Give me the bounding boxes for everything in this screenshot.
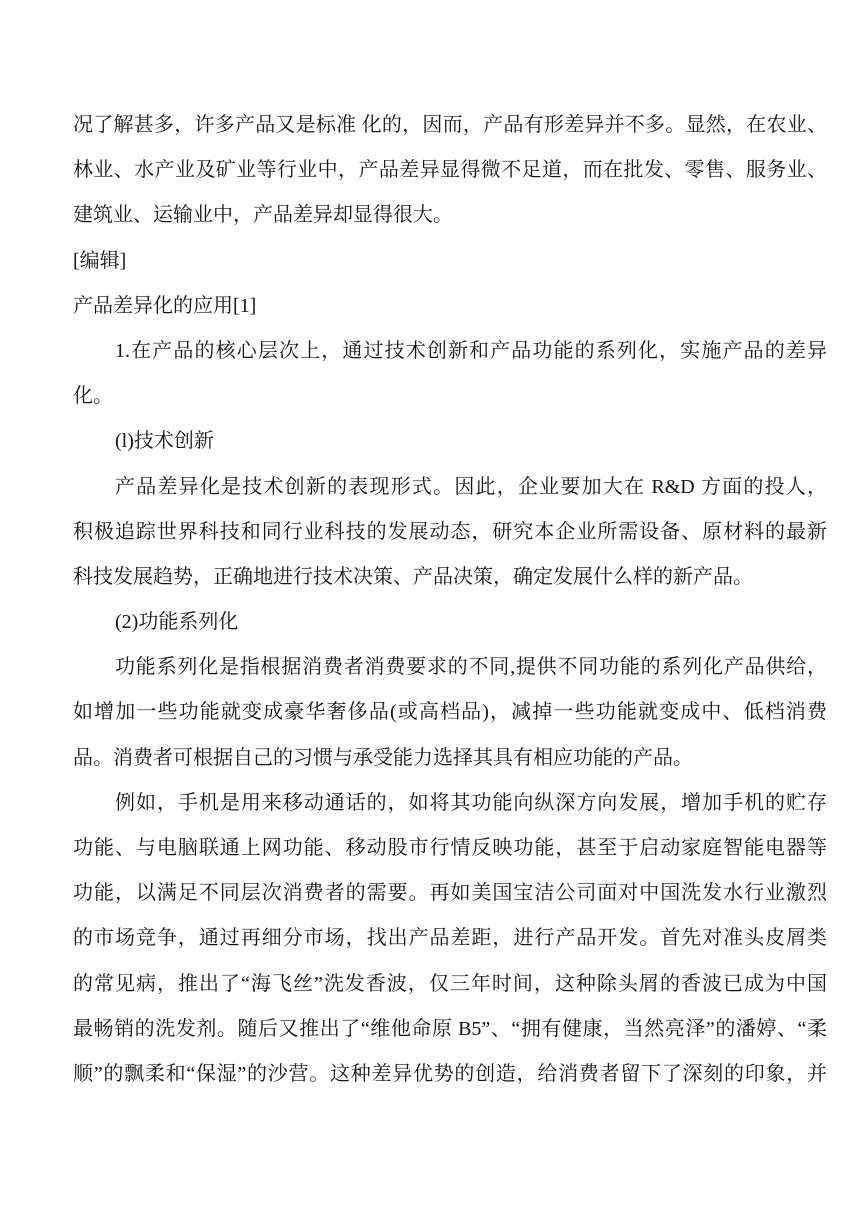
text-line: 建筑业、运输业中，产品差异却显得很大。	[73, 193, 827, 238]
text-line: 功能，以满足不同层次消费者的需要。再如美国宝洁公司面对中国洗发水行业激烈	[73, 871, 827, 916]
text-line: 的市场竞争，通过再细分市场，找出产品差距，进行产品开发。首先对准头皮屑类	[73, 916, 827, 961]
text-line: 产品差异化是技术创新的表现形式。因此，企业要加大在 R&D 方面的投人，	[73, 465, 827, 510]
text-line: 况了解甚多，许多产品又是标准 化的，因而，产品有形差异并不多。显然，在农业、	[73, 103, 827, 148]
text-line: 林业、水产业及矿业等行业中，产品差异显得微不足道，而在批发、零售、服务业、	[73, 148, 827, 193]
text-line: 功能、与电脑联通上网功能、移动股市行情反映功能，甚至于启动家庭智能电器等	[73, 826, 827, 871]
text-line: 品。消费者可根据自己的习惯与承受能力选择其具有相应功能的产品。	[73, 736, 827, 781]
text-line: 例如，手机是用来移动通话的，如将其功能向纵深方向发展，增加手机的贮存	[73, 781, 827, 826]
text-line: 化。	[73, 374, 827, 419]
text-line: 1.在产品的核心层次上，通过技术创新和产品功能的系列化，实施产品的差异	[73, 329, 827, 374]
text-flow: 况了解甚多，许多产品又是标准 化的，因而，产品有形差异并不多。显然，在农业、林业…	[73, 103, 827, 1097]
document-page: 况了解甚多，许多产品又是标准 化的，因而，产品有形差异并不多。显然，在农业、林业…	[0, 0, 860, 1216]
text-line: (l)技术创新	[73, 419, 827, 464]
text-line: (2)功能系列化	[73, 600, 827, 645]
text-line: 如增加一些功能就变成豪华奢侈品(或高档品)，减掉一些功能就变成中、低档消费	[73, 690, 827, 735]
text-line: 产品差异化的应用[1]	[73, 284, 827, 329]
text-line: 顺”的飘柔和“保湿”的沙营。这种差异优势的创造，给消费者留下了深刻的印象，并	[73, 1052, 827, 1097]
text-line: 科技发展趋势，正确地进行技术决策、产品决策，确定发展什么样的新产品。	[73, 555, 827, 600]
text-line: 最畅销的洗发剂。随后又推出了“维他命原 B5”、“拥有健康，当然亮泽”的潘婷、“…	[73, 1007, 827, 1052]
text-line: 的常见病，推出了“海飞丝”洗发香波，仅三年时间，这种除头屑的香波已成为中国	[73, 962, 827, 1007]
text-line: 积极追踪世界科技和同行业科技的发展动态，研究本企业所需设备、原材料的最新	[73, 510, 827, 555]
text-line: [编辑]	[73, 239, 827, 284]
text-line: 功能系列化是指根据消费者消费要求的不同,提供不同功能的系列化产品供给，	[73, 645, 827, 690]
